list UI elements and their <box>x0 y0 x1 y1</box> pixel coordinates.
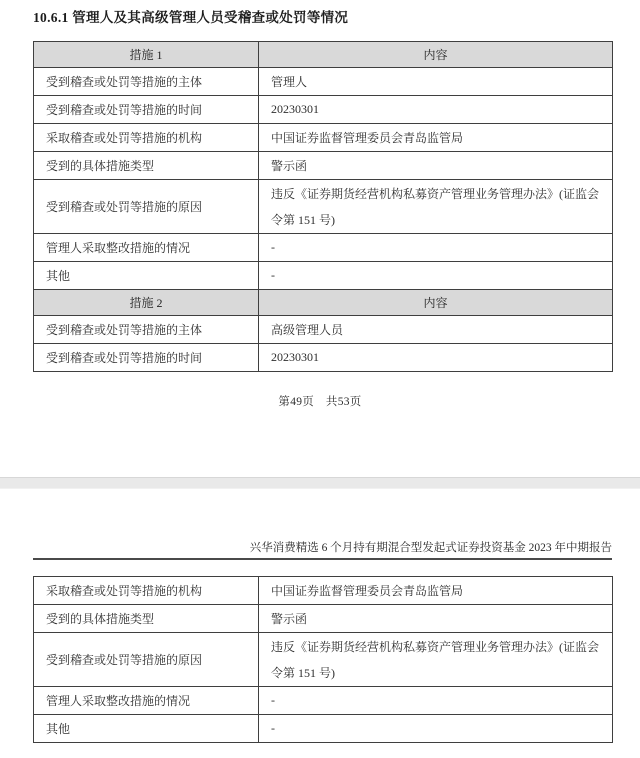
row-label-cell: 受到稽查或处罚等措施的原因 <box>34 633 259 687</box>
table-row: 受到稽查或处罚等措施的时间 20230301 <box>34 96 613 124</box>
row-label-cell: 受到稽查或处罚等措施的主体 <box>34 316 259 344</box>
row-value-cell: 20230301 <box>259 344 613 372</box>
row-value-cell: - <box>259 262 613 290</box>
table-row: 受到的具体措施类型 警示函 <box>34 152 613 180</box>
penalty-table-page1: 措施 1 内容 受到稽查或处罚等措施的主体 管理人 受到稽查或处罚等措施的时间 … <box>33 41 613 372</box>
row-label-cell: 管理人采取整改措施的情况 <box>34 687 259 715</box>
table-row: 受到的具体措施类型 警示函 <box>34 605 613 633</box>
measure-header-cell: 措施 1 <box>34 42 259 68</box>
report-running-header: 兴华消费精选 6 个月持有期混合型发起式证券投资基金 2023 年中期报告 <box>33 539 612 560</box>
row-value-cell: 警示函 <box>259 152 613 180</box>
penalty-table-page2: 采取稽查或处罚等措施的机构 中国证券监督管理委员会青岛监管局 受到的具体措施类型… <box>33 576 613 743</box>
table-row: 受到稽查或处罚等措施的时间 20230301 <box>34 344 613 372</box>
row-label-cell: 受到的具体措施类型 <box>34 605 259 633</box>
section-title: 10.6.1 管理人及其高级管理人员受稽查或处罚等情况 <box>33 6 348 26</box>
row-label-cell: 受到稽查或处罚等措施的时间 <box>34 96 259 124</box>
row-label-cell: 其他 <box>34 715 259 743</box>
table-row: 管理人采取整改措施的情况 - <box>34 687 613 715</box>
table-row: 受到稽查或处罚等措施的主体 高级管理人员 <box>34 316 613 344</box>
table-header-row: 措施 2 内容 <box>34 290 613 316</box>
row-value-cell: 管理人 <box>259 68 613 96</box>
table-row: 受到稽查或处罚等措施的原因 违反《证券期货经营机构私募资产管理业务管理办法》(证… <box>34 633 613 687</box>
row-value-cell: - <box>259 715 613 743</box>
row-value-cell: 违反《证券期货经营机构私募资产管理业务管理办法》(证监会令第 151 号) <box>259 633 613 687</box>
table-row: 采取稽查或处罚等措施的机构 中国证券监督管理委员会青岛监管局 <box>34 577 613 605</box>
row-label-cell: 受到稽查或处罚等措施的主体 <box>34 68 259 96</box>
row-value-cell: - <box>259 687 613 715</box>
row-label-cell: 其他 <box>34 262 259 290</box>
page-break-separator <box>0 477 640 489</box>
row-value-cell: 警示函 <box>259 605 613 633</box>
row-value-cell: - <box>259 234 613 262</box>
row-value-cell: 中国证券监督管理委员会青岛监管局 <box>259 577 613 605</box>
table-row: 受到稽查或处罚等措施的主体 管理人 <box>34 68 613 96</box>
row-value-cell: 违反《证券期货经营机构私募资产管理业务管理办法》(证监会令第 151 号) <box>259 180 613 234</box>
content-header-cell: 内容 <box>259 42 613 68</box>
row-label-cell: 受到稽查或处罚等措施的原因 <box>34 180 259 234</box>
table-row: 其他 - <box>34 262 613 290</box>
table-row: 其他 - <box>34 715 613 743</box>
page-number-footer: 第49页 共53页 <box>0 393 640 409</box>
table-row: 采取稽查或处罚等措施的机构 中国证券监督管理委员会青岛监管局 <box>34 124 613 152</box>
row-label-cell: 采取稽查或处罚等措施的机构 <box>34 577 259 605</box>
measure-header-cell: 措施 2 <box>34 290 259 316</box>
table-row: 管理人采取整改措施的情况 - <box>34 234 613 262</box>
row-value-cell: 高级管理人员 <box>259 316 613 344</box>
row-value-cell: 20230301 <box>259 96 613 124</box>
table-row: 受到稽查或处罚等措施的原因 违反《证券期货经营机构私募资产管理业务管理办法》(证… <box>34 180 613 234</box>
table-header-row: 措施 1 内容 <box>34 42 613 68</box>
document-page-view: 10.6.1 管理人及其高级管理人员受稽查或处罚等情况 措施 1 内容 受到稽查… <box>0 0 640 758</box>
content-header-cell: 内容 <box>259 290 613 316</box>
row-value-cell: 中国证券监督管理委员会青岛监管局 <box>259 124 613 152</box>
row-label-cell: 管理人采取整改措施的情况 <box>34 234 259 262</box>
row-label-cell: 受到稽查或处罚等措施的时间 <box>34 344 259 372</box>
row-label-cell: 采取稽查或处罚等措施的机构 <box>34 124 259 152</box>
row-label-cell: 受到的具体措施类型 <box>34 152 259 180</box>
